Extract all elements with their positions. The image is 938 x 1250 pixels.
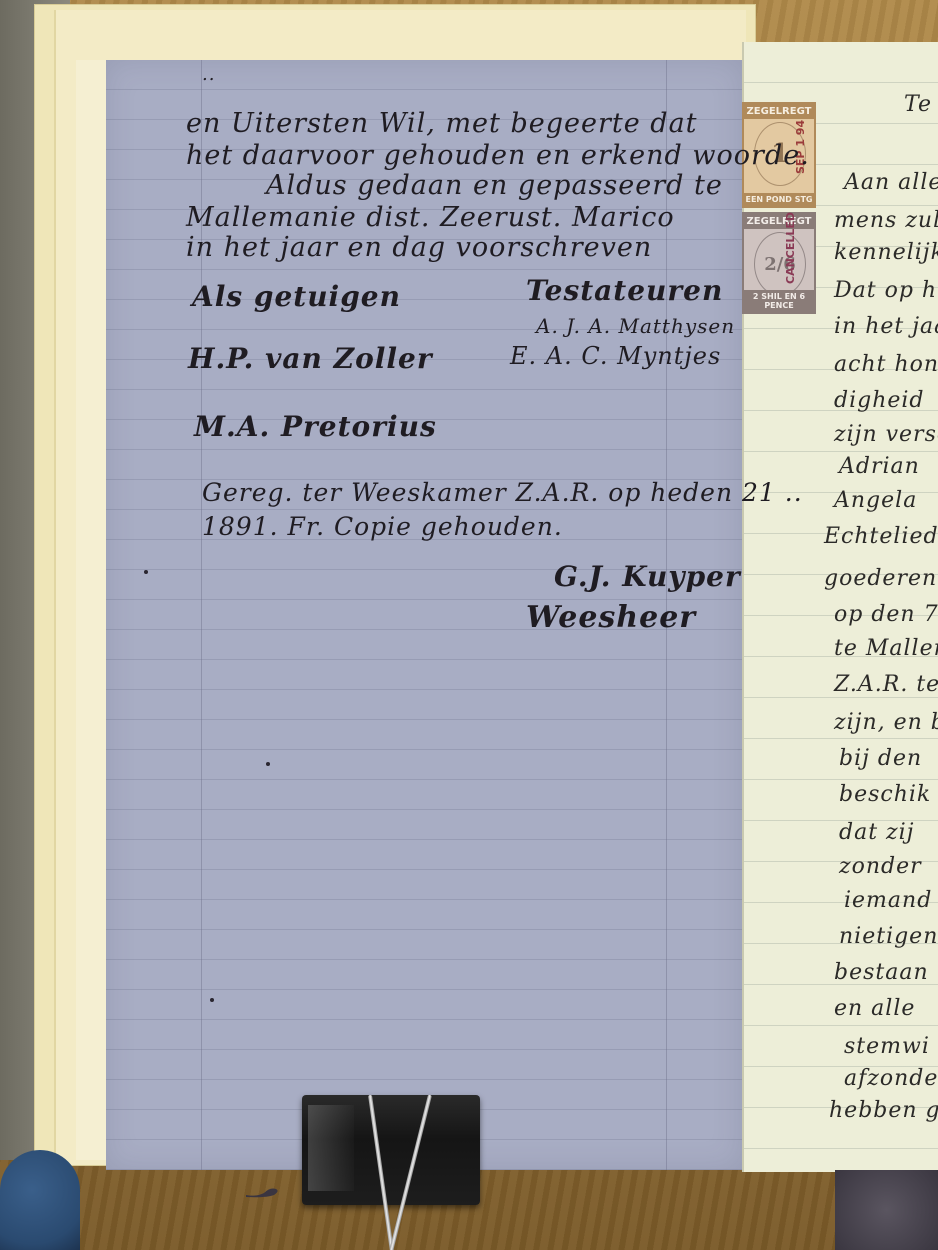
revenue-stamp-2s6d: ZEGELREGT 2/6 CANCELLED 2 SHIL EN 6 PENC…: [742, 212, 816, 314]
right-page-line: Echtelied: [824, 524, 938, 549]
stamp-value: 2/6: [754, 232, 806, 296]
right-page-line: goederen: [824, 566, 937, 591]
right-page-line: hebben g: [829, 1098, 938, 1123]
text-line: het daarvoor gehouden en erkend woorde.: [186, 140, 810, 171]
folder-edge-strip: [76, 60, 107, 1160]
right-page-line: Te: [904, 92, 932, 117]
testament-page: .. en Uitersten Wil, met begeerte dat he…: [106, 60, 742, 1170]
text-line: in het jaar en dag voorschreven: [186, 232, 652, 263]
right-page-line: kennelijk: [834, 240, 938, 265]
right-page-line: Angela: [834, 488, 917, 513]
ink-speck: [210, 998, 214, 1002]
right-page-line: Dat op he: [834, 278, 938, 303]
right-page-line: afzonde: [844, 1066, 938, 1091]
stamp-footer: 2 SHIL EN 6 PENCE: [744, 290, 814, 312]
ink-blot: [246, 1185, 286, 1199]
stamp-header: ZEGELREGT: [744, 104, 814, 119]
right-page-line: mens zule: [834, 208, 938, 233]
registration-line: 1891. Fr. Copie gehouden.: [202, 512, 563, 541]
right-page-line: bestaan: [834, 960, 929, 985]
witness-signature: M.A. Pretorius: [194, 410, 437, 443]
stamp-header: ZEGELREGT: [744, 214, 814, 229]
gloved-finger: [0, 1150, 80, 1250]
right-page-line: zijn verse: [834, 422, 938, 447]
official-title: Weesheer: [526, 600, 696, 635]
testators-label: Testateuren: [526, 274, 723, 307]
right-page-line: stemwi: [844, 1034, 930, 1059]
text-line: en Uitersten Wil, met begeerte dat: [186, 108, 698, 139]
right-page-line: bij den: [839, 746, 922, 771]
testator-signature: E. A. C. Myntjes: [510, 342, 721, 370]
right-page-line: zonder: [839, 854, 922, 879]
stamp-footer: EEN POND STG: [744, 193, 814, 206]
right-page-line: digheid: [834, 388, 925, 413]
official-signature: G.J. Kuyper: [554, 560, 741, 593]
right-page-line: in het jaa: [834, 314, 938, 339]
right-page-line: Z.A.R. te: [834, 672, 938, 697]
right-page-line: Aan alle: [844, 170, 938, 195]
binder-clip: [302, 1095, 480, 1205]
fabric-corner: [835, 1170, 938, 1250]
right-page-line: op den 7: [834, 602, 938, 627]
right-page-line: Adrian: [839, 454, 920, 479]
right-page-line: acht hond: [834, 352, 938, 377]
witnesses-label: Als getuigen: [192, 280, 401, 313]
right-page-line: en alle: [834, 996, 915, 1021]
right-page-line: beschik: [839, 782, 931, 807]
right-page-line: dat zij: [839, 820, 914, 845]
ink-speck: [266, 762, 270, 766]
text-line: Aldus gedaan en gepasseerd te: [266, 170, 723, 201]
registration-line: Gereg. ter Weeskamer Z.A.R. op heden 21 …: [202, 478, 803, 507]
right-page-line: nietigen: [839, 924, 938, 949]
testator-signature: A. J. A. Matthysen: [536, 314, 735, 338]
right-page-line: te Mallem: [834, 636, 938, 661]
text-line: Mallemanie dist. Zeerust. Marico: [186, 202, 675, 233]
stamp-cancellation: CANCELLED: [784, 212, 797, 284]
ink-speck: [144, 570, 148, 574]
header-mark: ..: [202, 64, 215, 85]
witness-signature: H.P. van Zoller: [188, 342, 433, 375]
right-page-line: iemand: [844, 888, 932, 913]
right-page-line: zijn, en b: [834, 710, 938, 735]
